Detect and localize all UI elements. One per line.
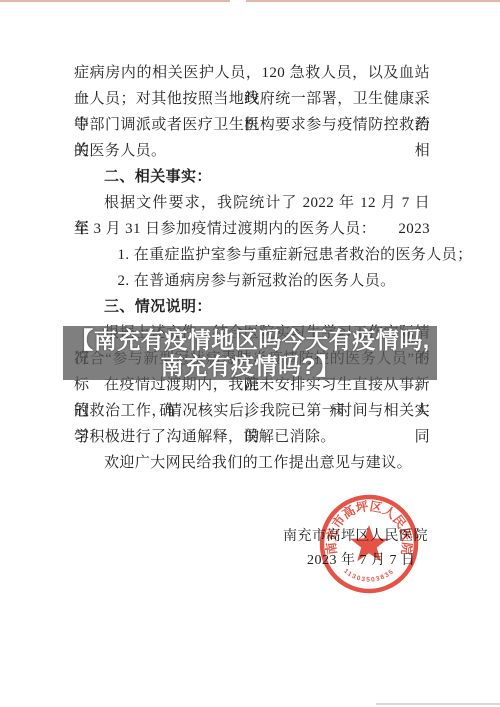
official-seal: 南充市高坪区人民医院 5113035038351 [317, 492, 421, 596]
doc-line: 二、相关事实： [74, 164, 430, 190]
doc-line: 症病房内的相关医护人员，120 急救人员，以及血站一线采 [74, 60, 430, 86]
doc-line: 2. 在普通病房参与新冠救治的医务人员。 [74, 268, 430, 294]
star-icon [350, 525, 388, 561]
caption-overlay-text: 【南充有疫情地区吗今天有疫情吗,南充有疫情吗?】 [63, 327, 437, 379]
doc-line: 欢迎广大网民给我们的工作提出意见与建议。 [74, 450, 430, 476]
scan-artifact-bottom-line [376, 703, 500, 705]
scanned-document-page: 症病房内的相关医护人员，120 急救人员，以及血站一线采血人员；对其他按照当地政… [0, 0, 500, 707]
doc-line: 1. 在重症监护室参与重症新冠患者救治的医务人员； [74, 242, 430, 268]
doc-line: 三、情况说明： [74, 294, 430, 320]
scan-artifact-top-line [246, 0, 500, 2]
doc-line: 的救治工作，情况核实后，我院已第一时间与相关实习的同 [74, 398, 430, 424]
caption-overlay: 【南充有疫情地区吗今天有疫情吗,南充有疫情吗?】 [63, 326, 437, 380]
doc-line: 等部门调派或者医疗卫生机构要求参与疫情防控救治的相 [74, 112, 430, 138]
doc-line: 血人员；对其他按照当地政府统一部署，卫生健康、中医药 [74, 86, 430, 112]
scan-artifact-top-line [0, 0, 230, 2]
doc-lines: 症病房内的相关医护人员，120 急救人员，以及血站一线采血人员；对其他按照当地政… [74, 60, 430, 476]
doc-line: 根据文件要求，我院统计了 2022 年 12 月 7 日至 2023 [74, 190, 430, 216]
